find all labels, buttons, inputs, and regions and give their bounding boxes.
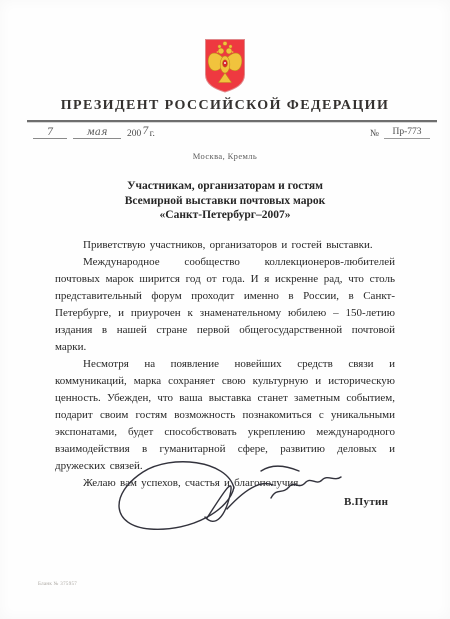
place-line: Москва, Кремль xyxy=(0,151,450,161)
date-day: 7 xyxy=(33,127,67,139)
document-number-group: № Пр-773 xyxy=(370,127,430,139)
letter-page: ПРЕЗИДЕНТ РОССИЙСКОЙ ФЕДЕРАЦИИ 7 мая 200… xyxy=(0,0,450,619)
year-suffix: г. xyxy=(150,129,155,139)
date-month: мая xyxy=(73,127,121,139)
body-paragraph: Приветствую участников, организаторов и … xyxy=(55,237,395,254)
date-group: 7 мая 200 7 г. xyxy=(33,127,155,139)
addressee-line: Всемирной выставки почтовых марок xyxy=(0,194,450,209)
handwritten-signature xyxy=(103,446,348,534)
emblem-container xyxy=(0,37,450,94)
form-footnote: Бланк № 375957 xyxy=(38,582,77,587)
russian-coat-of-arms-icon xyxy=(202,37,248,94)
document-number: Пр-773 xyxy=(384,127,430,139)
addressee-line: Участникам, организаторам и гостям xyxy=(0,179,450,194)
year-printed: 200 xyxy=(127,129,141,139)
dateline: 7 мая 200 7 г. № Пр-773 xyxy=(33,127,430,139)
signer-name: В.Путин xyxy=(344,496,388,508)
addressee-block: Участникам, организаторам и гостям Всеми… xyxy=(0,179,450,223)
addressee-line: «Санкт-Петербург–2007» xyxy=(0,208,450,223)
date-year: 200 7 г. xyxy=(127,128,155,139)
number-label: № xyxy=(370,129,379,139)
year-written-digit: 7 xyxy=(142,126,148,137)
letterhead-divider xyxy=(27,120,437,123)
body-paragraph: Международное сообщество коллекционеров-… xyxy=(55,254,395,356)
letterhead-title: ПРЕЗИДЕНТ РОССИЙСКОЙ ФЕДЕРАЦИИ xyxy=(0,98,450,114)
